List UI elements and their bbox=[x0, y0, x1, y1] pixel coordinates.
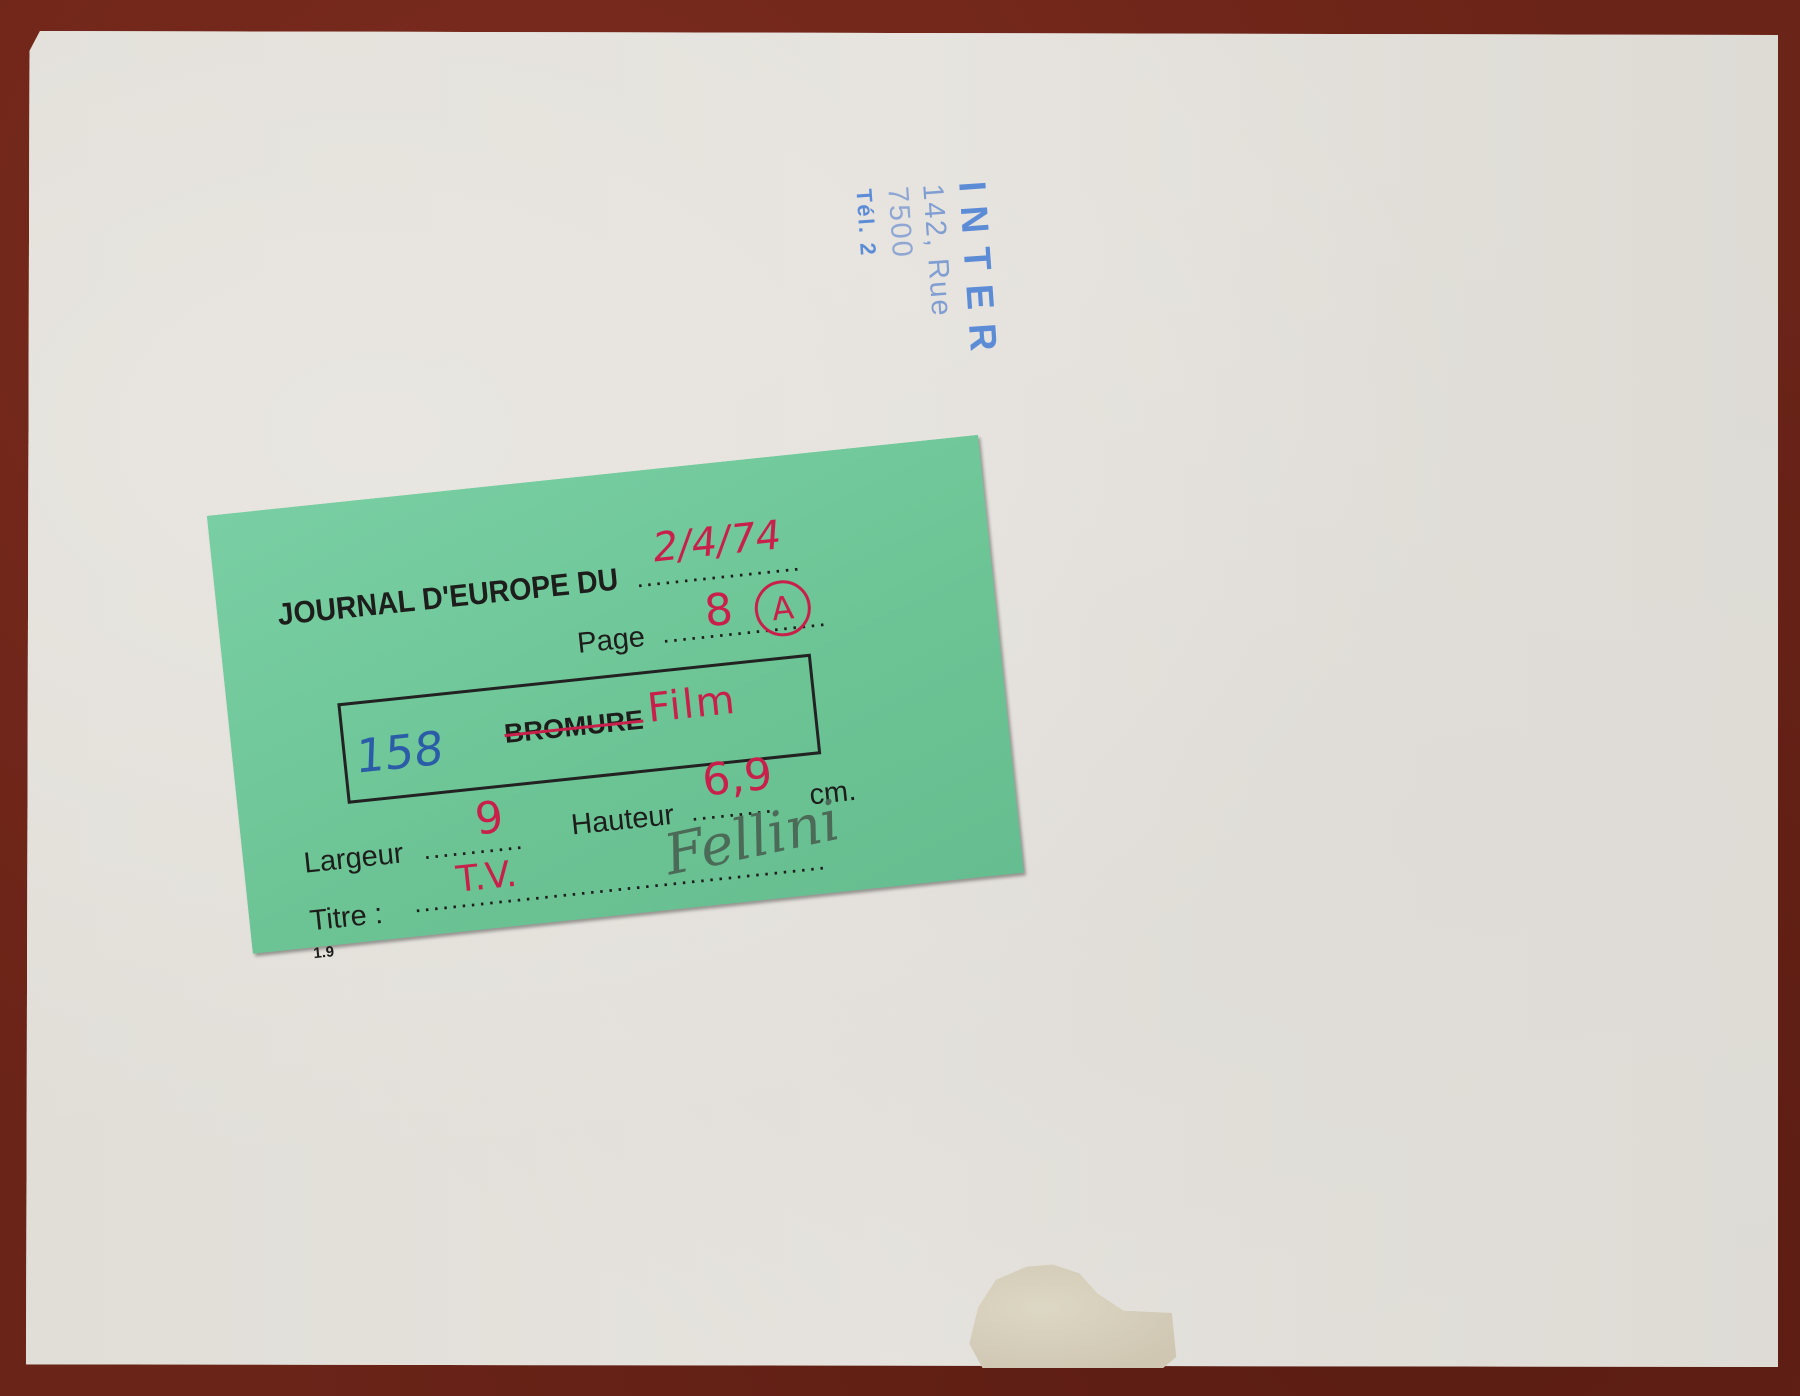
page-number: 8 bbox=[702, 584, 735, 638]
titre-value: T.V. bbox=[454, 854, 519, 901]
film-handwritten: Film bbox=[645, 677, 739, 732]
largeur-value: 9 bbox=[473, 792, 506, 846]
stamp-line-agency: INTER bbox=[952, 180, 1003, 366]
form-code: 1.9 bbox=[312, 943, 335, 962]
archive-label: JOURNAL D'EUROPE DU .................. 2… bbox=[207, 435, 1024, 954]
largeur-label: Largeur bbox=[302, 837, 405, 880]
hauteur-label: Hauteur bbox=[570, 799, 676, 843]
page-label: Page bbox=[576, 621, 647, 661]
box-number: 158 bbox=[355, 720, 444, 784]
hauteur-value: 6,9 bbox=[700, 748, 775, 806]
stamp-line-phone: Tél. 2 bbox=[852, 188, 887, 373]
rubber-stamp: INTER 142, Rue 7500 Tél. 2 bbox=[700, 160, 1000, 460]
bromure-struck-text: BROMURE bbox=[503, 705, 645, 750]
titre-label: Titre : bbox=[308, 898, 384, 938]
journal-title: JOURNAL D'EUROPE DU bbox=[276, 561, 620, 633]
